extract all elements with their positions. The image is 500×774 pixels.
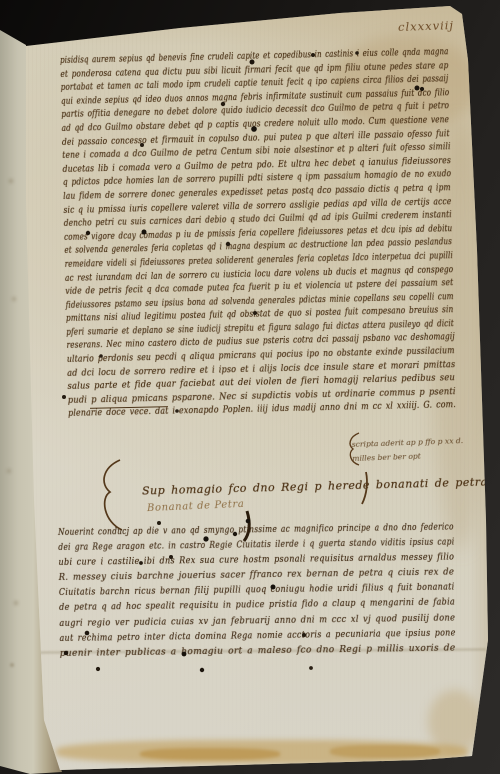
section-heading: Sup homagio fco dno Regi p herede bonana…: [142, 475, 488, 497]
paragraph-bracket: [96, 458, 124, 532]
registration-note-line: milles ber ber opt: [352, 448, 464, 466]
second-text-block: Nouerint conducj ap die v ano qd smyngo …: [58, 519, 456, 660]
main-text-block: pisidisq aurem sepius qd benevis fine cr…: [60, 46, 456, 422]
manuscript-page: clxxxviij pisidisq aurem sepius qd benev…: [0, 0, 500, 774]
bottom-stain-spot-2: [330, 745, 440, 758]
registration-note: scripta aderit ap p ffo p xx d.milles be…: [352, 434, 464, 466]
name-annotation: Bonanat de Petra: [147, 499, 245, 514]
folio-number: clxxxviij: [398, 18, 454, 34]
bottom-stain-spot: [140, 748, 280, 760]
manuscript-photo: clxxxviij pisidisq aurem sepius qd benev…: [0, 0, 500, 774]
